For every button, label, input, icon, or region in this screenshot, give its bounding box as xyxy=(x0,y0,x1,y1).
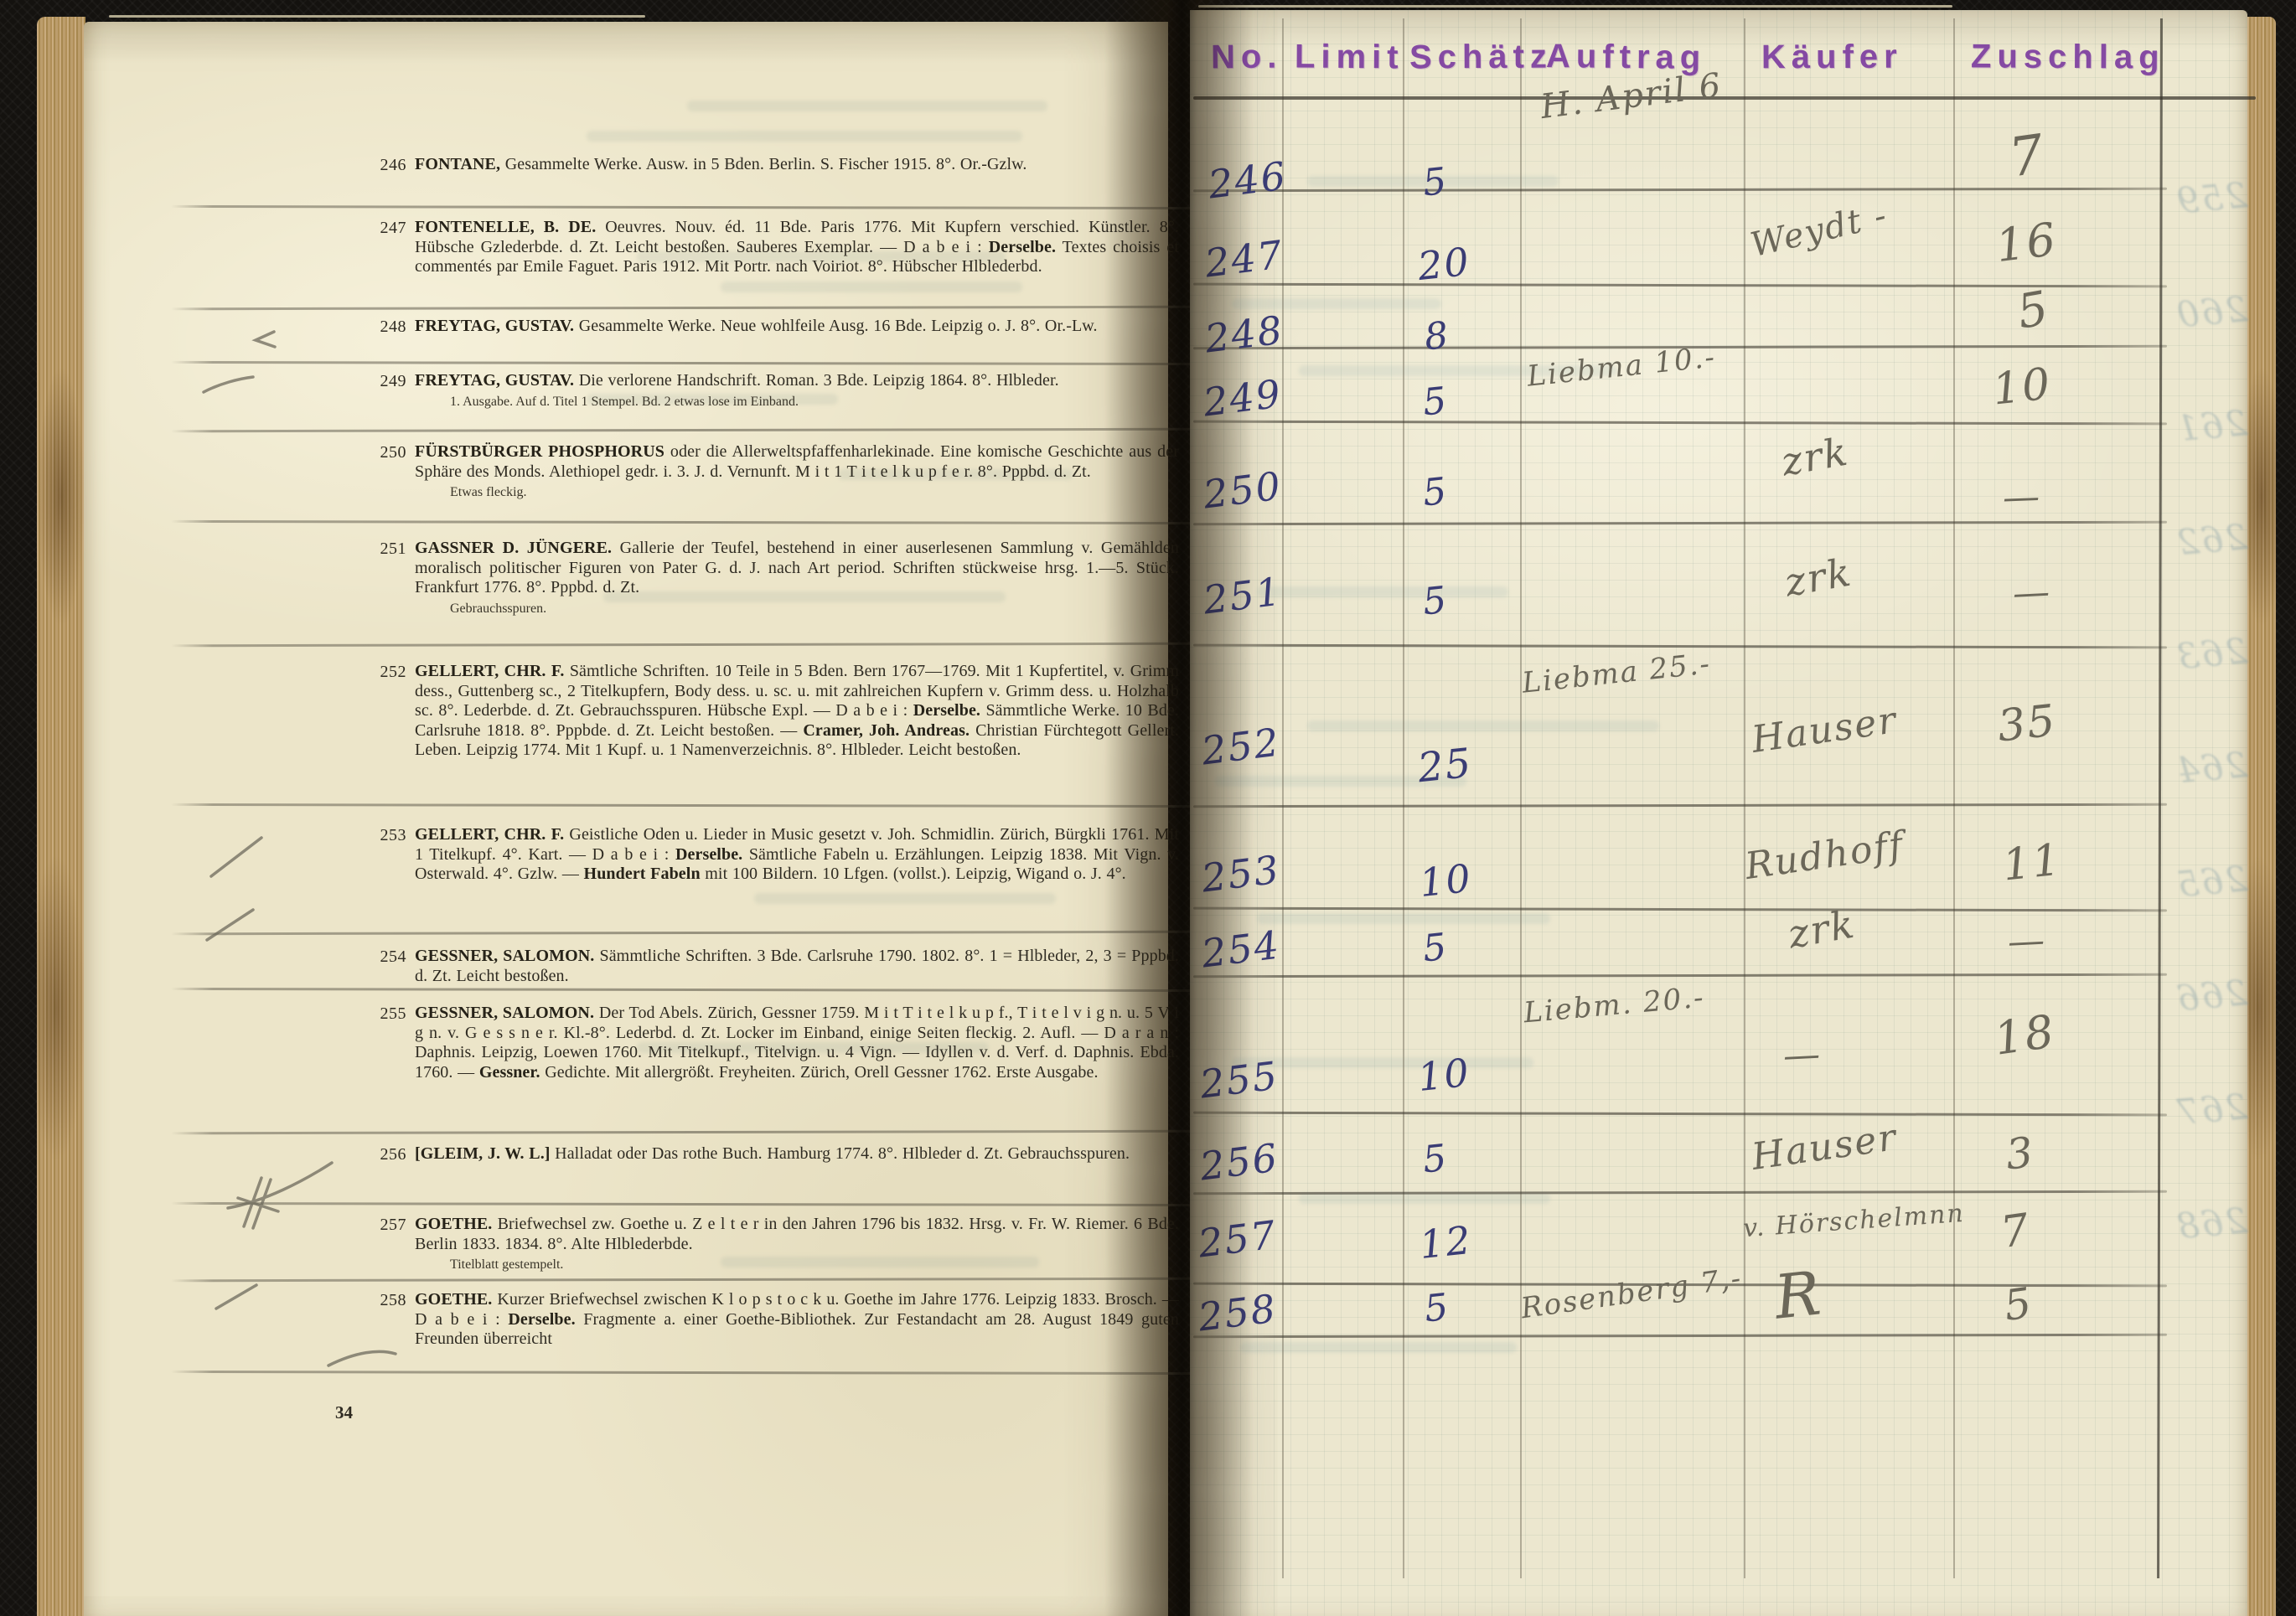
entry-note: Titelblatt gestempelt. xyxy=(450,1257,1179,1273)
entry-number: 248 xyxy=(354,318,406,337)
catalog-entry: 256[GLEIM, J. W. L.] Halladat oder Das r… xyxy=(415,1144,1179,1164)
entry-text: GELLERT, CHR. F. Sämtliche Schriften. 10… xyxy=(415,662,1179,761)
ledger-header-schaetz: Schätz xyxy=(1409,39,1553,77)
bleed-through-number: 263 xyxy=(2174,630,2249,677)
bleed-through-text xyxy=(1307,720,1659,731)
ledger-header-no: No. xyxy=(1211,39,1283,77)
ledger-cell-zuschlag: 3 xyxy=(2004,1128,2037,1179)
ledger-cell-schaetz: 5 xyxy=(1422,1286,1451,1331)
ledger-cell-schaetz: 8 xyxy=(1422,314,1451,359)
entry-text: GOETHE. Kurzer Briefwechsel zwischen K l… xyxy=(415,1290,1179,1350)
entry-number: 256 xyxy=(354,1145,406,1164)
entry-text-bold: GESSNER, SALOMON. xyxy=(415,1004,594,1022)
entry-divider-line xyxy=(171,306,1215,310)
entry-number: 258 xyxy=(354,1291,406,1310)
ledger-cell-no: 251 xyxy=(1201,568,1285,622)
ledger-cell-schaetz: 5 xyxy=(1420,470,1450,515)
page-number: 34 xyxy=(335,1402,353,1423)
ledger-cell-no: 256 xyxy=(1197,1134,1281,1189)
entry-text: GESSNER, SALOMON. Sämmtliche Schriften. … xyxy=(415,947,1179,986)
ledger-cell-no: 250 xyxy=(1201,462,1285,517)
entry-divider-line xyxy=(171,428,1215,432)
ledger-cell-zuschlag: — xyxy=(2007,919,2048,963)
bleed-through-number: 264 xyxy=(2174,744,2249,791)
bleed-through-number: 268 xyxy=(2174,1200,2249,1247)
entry-divider-line xyxy=(171,205,1215,209)
catalog-entry: 252GELLERT, CHR. F. Sämtliche Schriften.… xyxy=(415,662,1179,761)
entry-number: 251 xyxy=(354,540,406,559)
entry-divider-line xyxy=(171,643,1215,647)
bleed-through-text xyxy=(1299,1193,1550,1204)
entry-divider-line xyxy=(171,520,1215,524)
entry-divider-line xyxy=(171,1202,1215,1206)
entry-text-regular: Briefwechsel zw. Goethe u. Z e l t e r i… xyxy=(415,1215,1179,1253)
page-stack-edge xyxy=(1198,5,1952,8)
ledger-cell-zuschlag: — xyxy=(2012,571,2053,615)
bleed-through-number: 260 xyxy=(2174,288,2249,335)
entry-text: FONTANE, Gesammelte Werke. Ausw. in 5 Bd… xyxy=(415,155,1179,175)
ledger-cell-no: 248 xyxy=(1202,307,1286,361)
ledger-cell-no: 254 xyxy=(1199,922,1283,976)
ledger-cell-schaetz: 10 xyxy=(1415,1050,1472,1100)
entry-divider-line xyxy=(171,988,1215,992)
ledger-cell-no: 257 xyxy=(1196,1211,1280,1266)
header-underline xyxy=(1193,96,2256,100)
entry-text-bold: FÜRSTBÜRGER PHOSPHORUS xyxy=(415,442,664,461)
ledger-header-limit: Limit xyxy=(1295,39,1404,77)
entry-text: GELLERT, CHR. F. Geistliche Oden u. Lied… xyxy=(415,825,1179,885)
bleed-through-number: 261 xyxy=(2174,402,2249,449)
entry-text-regular: mit 100 Bildern. 10 Lfgen. (vollst.). Le… xyxy=(701,865,1126,883)
entry-text-regular: Gedichte. Mit allergrößt. Freyheiten. Zü… xyxy=(540,1063,1099,1082)
page-stack-edge xyxy=(109,15,645,18)
entry-text-bold: GOETHE. xyxy=(415,1215,492,1233)
entry-text: GASSNER D. JÜNGERE. Gallerie der Teufel,… xyxy=(415,539,1179,598)
entry-text-bold: FREYTAG, GUSTAV. xyxy=(415,371,574,390)
ledger-cell-schaetz: 20 xyxy=(1415,239,1472,289)
entry-text-bold: Hundert Fabeln xyxy=(584,865,701,883)
ledger-cell-no: 255 xyxy=(1197,1052,1281,1107)
ledger-header-zuschlag: Zuschlag xyxy=(1971,38,2165,76)
ledger-cell-no: 247 xyxy=(1202,231,1286,286)
ledger-cell-no: 258 xyxy=(1196,1285,1280,1340)
entry-text-bold: Derselbe. xyxy=(989,238,1056,256)
catalog-entry: 255GESSNER, SALOMON. Der Tod Abels. Züri… xyxy=(415,1004,1179,1082)
bleed-through-number: 262 xyxy=(2174,516,2249,563)
ledger-cell-no: 253 xyxy=(1199,846,1283,901)
entry-text-bold: Gessner. xyxy=(479,1063,540,1082)
entry-text: GOETHE. Briefwechsel zw. Goethe u. Z e l… xyxy=(415,1215,1179,1254)
entry-divider-line xyxy=(171,931,1215,935)
entry-number: 247 xyxy=(354,219,406,238)
entry-text-regular: Halladat oder Das rothe Buch. Hamburg 17… xyxy=(551,1144,1130,1163)
ledger-page: No. Limit Schätz Auftrag Käufer Zuschlag xyxy=(1190,10,2247,1616)
ledger-cell-zuschlag: 10 xyxy=(1990,359,2054,415)
entry-number: 246 xyxy=(354,156,406,175)
ledger-header-kaeufer: Käufer xyxy=(1761,39,1903,77)
catalog-entry: 248FREYTAG, GUSTAV. Gesammelte Werke. Ne… xyxy=(415,317,1179,337)
entry-text: FREYTAG, GUSTAV. Die verlorene Handschri… xyxy=(415,371,1179,391)
entry-number: 255 xyxy=(354,1004,406,1024)
ledger-cell-schaetz: 5 xyxy=(1420,1137,1450,1182)
entry-divider-line xyxy=(171,361,1215,365)
entry-number: 252 xyxy=(354,663,406,682)
ledger-cell-kaeufer: — xyxy=(1782,1033,1823,1077)
column-rule xyxy=(1403,18,1404,1578)
catalog-entry: 246FONTANE, Gesammelte Werke. Ausw. in 5… xyxy=(415,155,1179,175)
bleed-through-text xyxy=(687,101,1047,111)
bleed-through-number: 267 xyxy=(2174,1086,2249,1133)
entry-divider-line xyxy=(171,1130,1215,1134)
entry-number: 257 xyxy=(354,1216,406,1235)
bleed-through-text xyxy=(721,281,1022,292)
ledger-cell-schaetz: 10 xyxy=(1417,855,1474,906)
entry-number: 249 xyxy=(354,372,406,391)
entry-text-bold: [GLEIM, J. W. L.] xyxy=(415,1144,551,1163)
bleed-through-number: 266 xyxy=(2174,972,2249,1019)
entry-divider-line xyxy=(171,1278,1215,1282)
catalog-entry: 247FONTENELLE, B. DE. Oeuvres. Nouv. éd.… xyxy=(415,218,1179,277)
catalog-entry: 253GELLERT, CHR. F. Geistliche Oden u. L… xyxy=(415,825,1179,885)
entry-text-regular: Gesammelte Werke. Neue wohlfeile Ausg. 1… xyxy=(574,317,1098,335)
left-page-fore-edge xyxy=(37,17,85,1616)
entry-text-bold: GASSNER D. JÜNGERE. xyxy=(415,539,612,557)
catalog-page: 246FONTANE, Gesammelte Werke. Ausw. in 5… xyxy=(84,22,1168,1616)
bleed-through-text xyxy=(754,893,1056,904)
ledger-cell-schaetz: 5 xyxy=(1420,926,1450,971)
ledger-cell-schaetz: 12 xyxy=(1417,1217,1474,1268)
catalog-entry: 257GOETHE. Briefwechsel zw. Goethe u. Z … xyxy=(415,1215,1179,1273)
bleed-through-text xyxy=(1257,586,1508,597)
ledger-cell-kaeufer: R xyxy=(1771,1257,1826,1332)
column-rule xyxy=(1953,18,1955,1578)
entry-text-bold: Cramer, Joh. Andreas. xyxy=(803,721,970,740)
column-rule xyxy=(1744,18,1745,1578)
entry-divider-line xyxy=(171,1371,1215,1375)
column-rule xyxy=(1520,18,1522,1578)
ledger-cell-schaetz: 25 xyxy=(1415,740,1475,792)
ledger-cell-schaetz: 5 xyxy=(1420,579,1450,624)
entry-number: 253 xyxy=(354,826,406,845)
entry-note: 1. Ausgabe. Auf d. Titel 1 Stempel. Bd. … xyxy=(450,394,1179,410)
ledger-cell-no: 246 xyxy=(1206,152,1290,207)
bleed-through-number: 259 xyxy=(2174,174,2249,221)
entry-note: Gebrauchsspuren. xyxy=(450,601,1179,617)
catalog-entry: 251GASSNER D. JÜNGERE. Gallerie der Teuf… xyxy=(415,539,1179,617)
bleed-through-text xyxy=(1232,298,1441,309)
entry-text-bold: Derselbe. xyxy=(913,701,980,720)
entry-text-bold: GOETHE. xyxy=(415,1290,492,1309)
entry-text: [GLEIM, J. W. L.] Halladat oder Das roth… xyxy=(415,1144,1179,1164)
right-page-fore-edge xyxy=(2247,17,2276,1616)
entry-text-bold: FONTENELLE, B. DE. xyxy=(415,218,596,236)
bleed-through-number: 265 xyxy=(2174,858,2249,905)
entry-number: 254 xyxy=(354,947,406,967)
entry-text-bold: GELLERT, CHR. F. xyxy=(415,825,564,844)
catalog-entry: 250FÜRSTBÜRGER PHOSPHORUS oder die Aller… xyxy=(415,442,1179,500)
ledger-cell-schaetz: 5 xyxy=(1420,379,1450,425)
entry-note: Etwas fleckig. xyxy=(450,484,1179,500)
ledger-cell-no: 252 xyxy=(1199,719,1283,773)
ledger-cell-zuschlag: 18 xyxy=(1991,1004,2059,1066)
entry-text: FREYTAG, GUSTAV. Gesammelte Werke. Neue … xyxy=(415,317,1179,337)
entry-text-bold: FONTANE, xyxy=(415,155,500,173)
catalog-entry: 258GOETHE. Kurzer Briefwechsel zwischen … xyxy=(415,1290,1179,1350)
ledger-cell-zuschlag: 16 xyxy=(1993,213,2060,272)
ledger-cell-no: 249 xyxy=(1201,370,1285,425)
entry-divider-line xyxy=(171,803,1215,808)
catalog-entry: 249FREYTAG, GUSTAV. Die verlorene Handsc… xyxy=(415,371,1179,410)
ledger-cell-zuschlag: 35 xyxy=(1995,695,2059,751)
entry-text: FÜRSTBÜRGER PHOSPHORUS oder die Allerwel… xyxy=(415,442,1179,482)
entry-text-regular: Die verlorene Handschrift. Roman. 3 Bde.… xyxy=(574,371,1059,390)
catalog-entry: 254GESSNER, SALOMON. Sämmtliche Schrifte… xyxy=(415,947,1179,986)
entry-number: 250 xyxy=(354,443,406,462)
entry-text-bold: GELLERT, CHR. F. xyxy=(415,662,564,680)
entry-text-bold: Derselbe. xyxy=(508,1310,575,1329)
entry-text-bold: GESSNER, SALOMON. xyxy=(415,947,594,965)
ledger-cell-zuschlag: 11 xyxy=(2000,834,2064,891)
entry-text-bold: FREYTAG, GUSTAV. xyxy=(415,317,574,335)
entry-text-regular: Gesammelte Werke. Ausw. in 5 Bden. Berli… xyxy=(500,155,1026,173)
entry-text: GESSNER, SALOMON. Der Tod Abels. Zürich,… xyxy=(415,1004,1179,1082)
bleed-through-text xyxy=(587,131,1022,142)
book-scan: { "catalog_page": { "page_number": "34",… xyxy=(0,0,2296,1616)
entry-text: FONTENELLE, B. DE. Oeuvres. Nouv. éd. 11… xyxy=(415,218,1179,277)
entry-text-bold: Derselbe. xyxy=(675,845,742,864)
ledger-cell-schaetz: 5 xyxy=(1420,160,1450,205)
ledger-cell-zuschlag: — xyxy=(2002,475,2042,519)
